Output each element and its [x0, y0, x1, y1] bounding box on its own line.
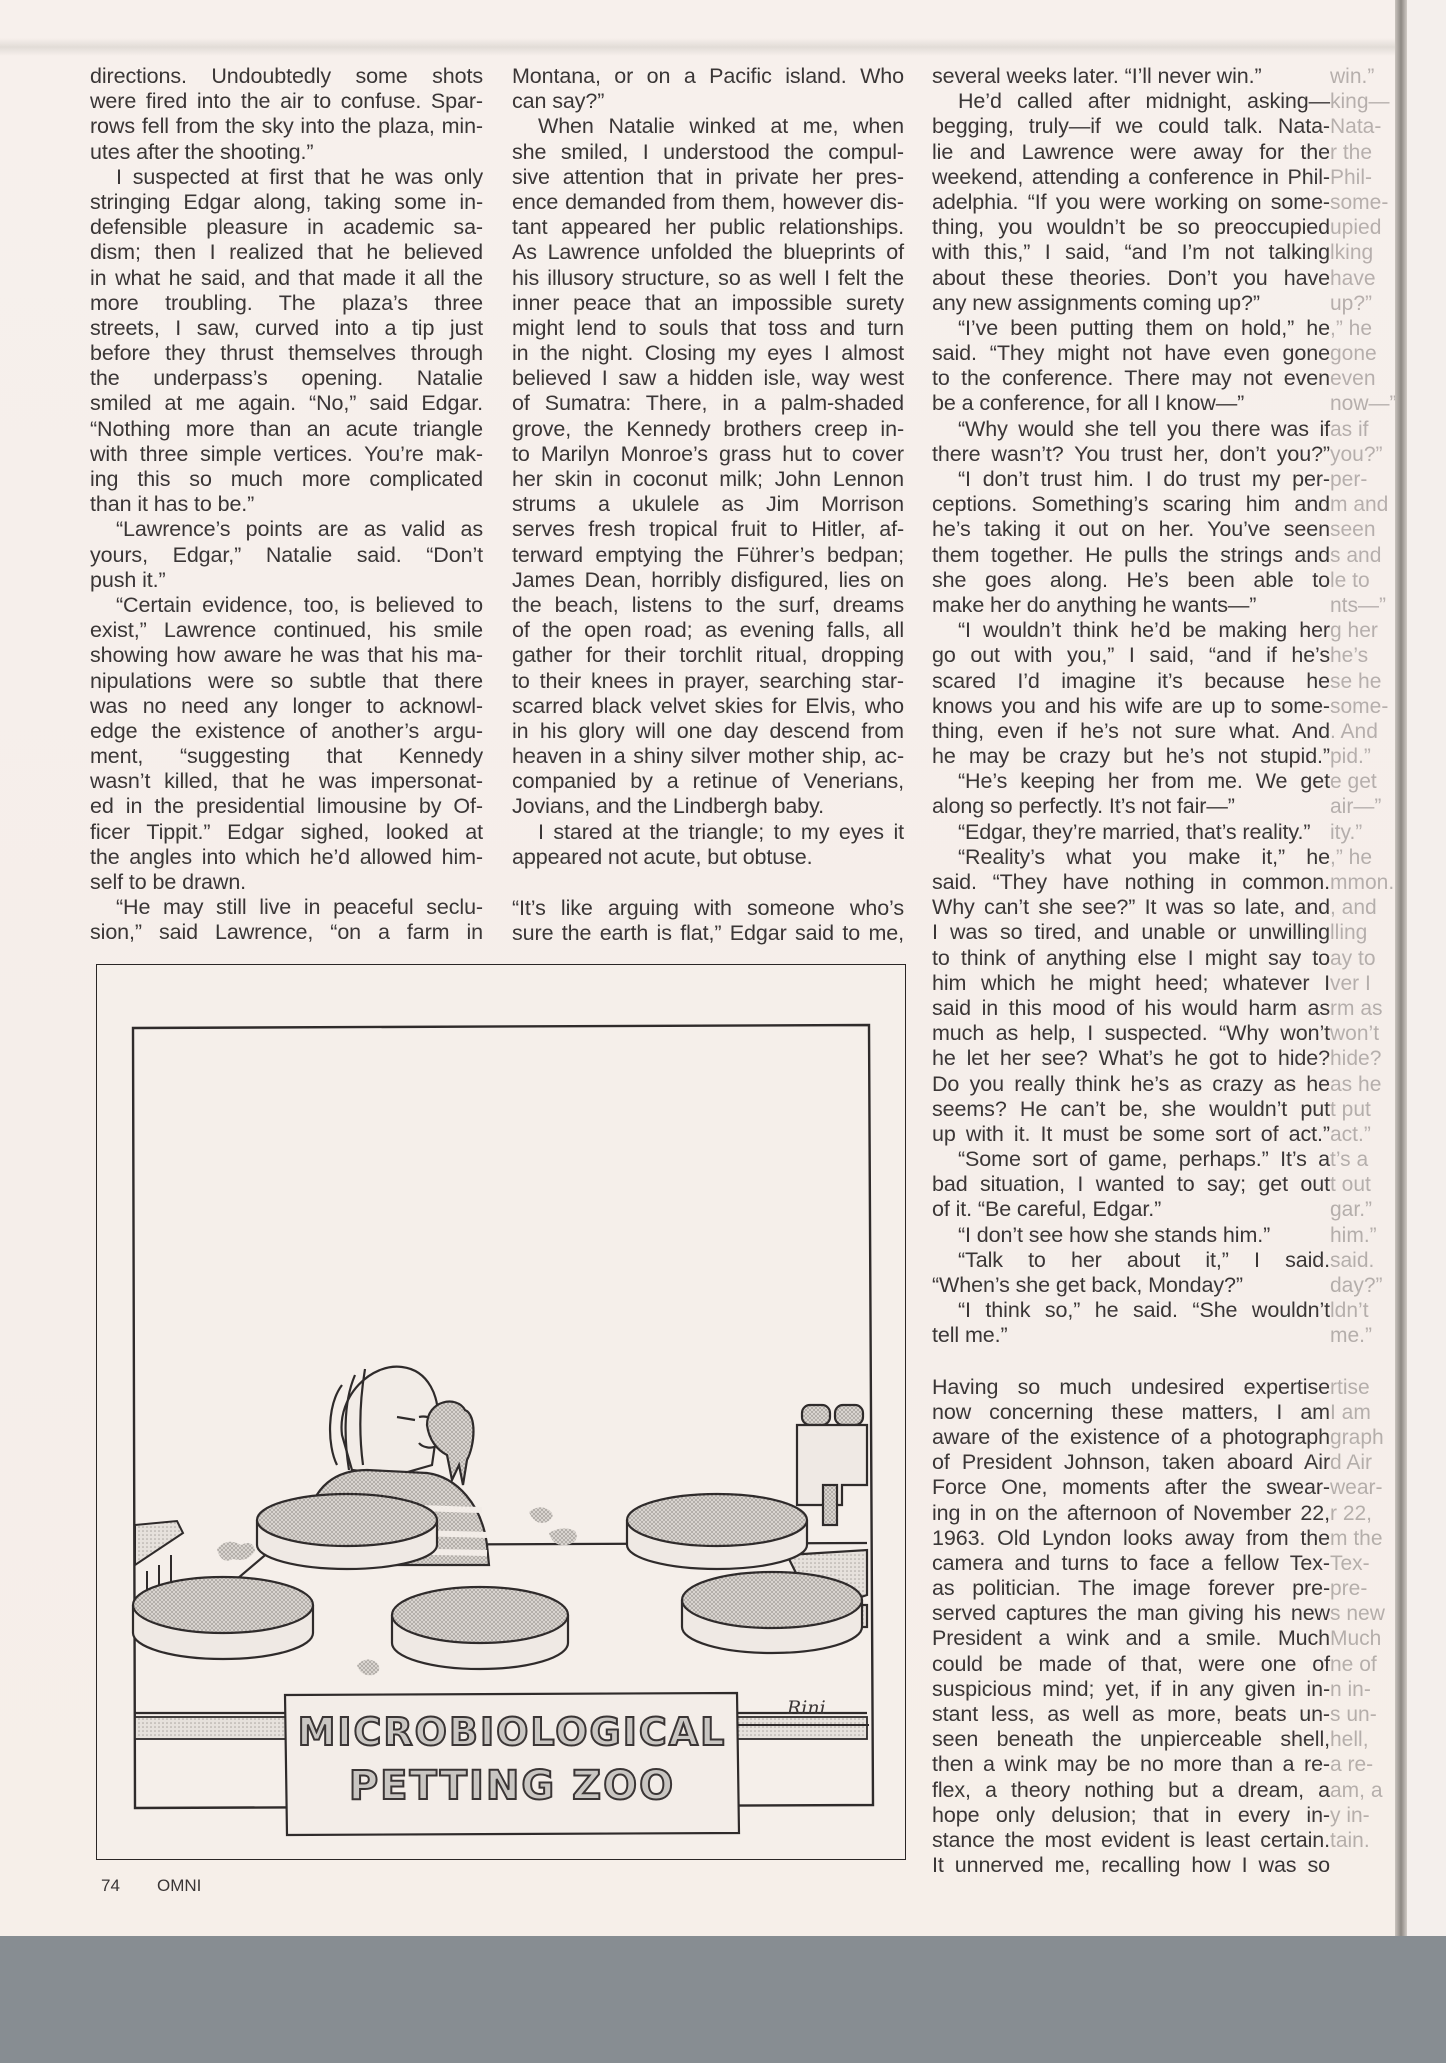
text-line: he may be crazy but he’s not stupid.” — [932, 744, 1330, 769]
text-line: said. “They have nothing in common. — [932, 870, 1330, 895]
page-number: 74 — [101, 1876, 120, 1896]
text-line: President a wink and a smile. Much — [932, 1626, 1330, 1651]
text-line: to think of anything else I might say to — [932, 946, 1330, 971]
text-line: she goes along. He’s been able to — [932, 568, 1330, 593]
text-line: serves fresh tropical fruit to Hitler, a… — [512, 517, 904, 542]
text-line: said in this mood of his would harm as — [932, 996, 1330, 1021]
text-line: make her do anything he wants—” — [932, 593, 1330, 618]
text-column-2: Montana, or on a Pacific island. Whocan … — [512, 64, 904, 946]
text-line: believed I saw a hidden isle, way west — [512, 366, 904, 391]
text-line: nipulations were so subtle that there — [90, 669, 483, 694]
text-line: stringing Edgar along, taking some in- — [90, 190, 483, 215]
text-line: of President Johnson, taken aboard Air — [932, 1450, 1330, 1475]
text-line: wasn’t killed, that he was impersonat- — [90, 769, 483, 794]
text-line: him which he might heed; whatever I — [932, 971, 1330, 996]
text-line: “Nothing more than an acute triangle — [90, 417, 483, 442]
text-line: up with it. It must be some sort of act.… — [932, 1122, 1330, 1147]
text-line: to their knees in prayer, searching star… — [512, 669, 904, 694]
text-line: “Certain evidence, too, is believed to — [90, 593, 483, 618]
text-line: I was so tired, and unable or unwilling — [932, 920, 1330, 945]
text-line: “When’s she get back, Monday?” — [932, 1273, 1330, 1298]
paragraph-gap — [512, 870, 904, 896]
text-line: can say?” — [512, 89, 904, 114]
text-line: ing in on the afternoon of November 22, — [932, 1501, 1330, 1526]
text-line: stant less, as well as more, beats un- — [932, 1702, 1330, 1727]
text-line: “I don’t trust him. I do trust my per- — [932, 467, 1330, 492]
text-line: tell me.” — [932, 1323, 1330, 1348]
text-line: lie and Lawrence were away for the — [932, 140, 1330, 165]
text-line: directions. Undoubtedly some shots — [90, 64, 483, 89]
text-line: “I think so,” he said. “She wouldn’t — [932, 1298, 1330, 1323]
text-line: might lend to souls that toss and turn — [512, 316, 904, 341]
text-line: as politician. The image forever pre- — [932, 1576, 1330, 1601]
text-line: his illusory structure, so as well I fel… — [512, 266, 904, 291]
text-line: served captures the man giving his new — [932, 1601, 1330, 1626]
text-line: “He may still live in peaceful seclu- — [90, 895, 483, 920]
text-line: streets, I saw, curved into a tip just — [90, 316, 483, 341]
text-line: heaven in a shiny silver mother ship, ac… — [512, 744, 904, 769]
text-line: self to be drawn. — [90, 870, 483, 895]
text-line: the underpass’s opening. Natalie — [90, 366, 483, 391]
text-line: James Dean, horribly disfigured, lies on — [512, 568, 904, 593]
text-line: then a wink may be no more than a re- — [932, 1752, 1330, 1777]
facing-page-edge — [1407, 0, 1446, 1936]
cartoon-illustration: MICROBIOLOGICAL PETTING ZOO Rini — [96, 964, 906, 1860]
text-line: I suspected at first that he was only — [90, 165, 483, 190]
text-column-1: directions. Undoubtedly some shotswere f… — [90, 64, 483, 946]
text-line: about these theories. Don’t you have — [932, 266, 1330, 291]
text-column-3: several weeks later. “I’ll never win.”He… — [932, 64, 1330, 1878]
text-line: than it has to be.” — [90, 492, 483, 517]
text-line: smiled at me again. “No,” said Edgar. — [90, 391, 483, 416]
text-line: When Natalie winked at me, when — [512, 114, 904, 139]
text-line: she smiled, I understood the compul- — [512, 140, 904, 165]
text-line: more troubling. The plaza’s three — [90, 291, 483, 316]
text-line: rows fell from the sky into the plaza, m… — [90, 114, 483, 139]
text-line: in what he said, and that made it all th… — [90, 266, 483, 291]
text-line: flex, a theory nothing but a dream, a — [932, 1778, 1330, 1803]
text-line: push it.” — [90, 568, 483, 593]
facing-page-bleed-text: win.”king—Nata-r thePhil-some-upiedlking… — [1330, 64, 1396, 1854]
text-line: “It’s like arguing with someone who’s — [512, 896, 904, 921]
text-line: aware of the existence of a photograph — [932, 1425, 1330, 1450]
text-line: showing how aware he was that his ma- — [90, 643, 483, 668]
text-line: As Lawrence unfolded the blueprints of — [512, 240, 904, 265]
text-line: much as help, I suspected. “Why won’t — [932, 1021, 1330, 1046]
paragraph-gap — [932, 1349, 1330, 1375]
text-line: along so perfectly. It’s not fair—” — [932, 794, 1330, 819]
text-line: bad situation, I wanted to say; get out — [932, 1172, 1330, 1197]
text-line: “I wouldn’t think he’d be making her — [932, 618, 1330, 643]
scan-shadow-band — [0, 38, 1400, 56]
text-line: exist,” Lawrence continued, his smile — [90, 618, 483, 643]
artist-signature: Rini — [787, 1697, 826, 1719]
text-line: thing, you wouldn’t be so preoccupied — [932, 215, 1330, 240]
text-line: with three simple vertices. You’re mak- — [90, 442, 483, 467]
text-line: utes after the shooting.” — [90, 140, 483, 165]
text-line: Force One, moments after the swear- — [932, 1475, 1330, 1500]
page-fold-shadow — [1395, 0, 1407, 1936]
text-line: appeared not acute, but obtuse. — [512, 845, 904, 870]
magazine-page: directions. Undoubtedly some shotswere f… — [0, 0, 1400, 1936]
text-line: before they thrust themselves through — [90, 341, 483, 366]
text-line: scarred black velvet skies for Elvis, wh… — [512, 694, 904, 719]
text-line: go out with you,” I said, “and if he’s — [932, 643, 1330, 668]
text-line: seen beneath the unpierceable shell, — [932, 1727, 1330, 1752]
text-line: sion,” said Lawrence, “on a farm in — [90, 920, 483, 945]
text-line: to Marilyn Monroe’s grass hut to cover — [512, 442, 904, 467]
text-line: inner peace that an impossible surety — [512, 291, 904, 316]
sign-title-line-2: PETTING ZOO — [287, 1763, 737, 1809]
text-line: them together. He pulls the strings and — [932, 543, 1330, 568]
text-line: stance the most evident is least certain… — [932, 1828, 1330, 1853]
text-line: suspicious mind; yet, if in any given in… — [932, 1677, 1330, 1702]
text-line: he’s taking it out on her. You’ve seen — [932, 517, 1330, 542]
text-line: were fired into the air to confuse. Spar… — [90, 89, 483, 114]
text-line: of the open road; as evening falls, all — [512, 618, 904, 643]
text-line: of it. “Be careful, Edgar.” — [932, 1197, 1330, 1222]
text-line: ence demanded from them, however dis- — [512, 190, 904, 215]
text-line: the beach, listens to the surf, dreams — [512, 593, 904, 618]
text-line: ment, “suggesting that Kennedy — [90, 744, 483, 769]
text-line: ed in the presidential limousine by Of- — [90, 794, 483, 819]
text-line: her skin in coconut milk; John Lennon — [512, 467, 904, 492]
text-line: defensible pleasure in academic sa- — [90, 215, 483, 240]
text-line: strums a ukulele as Jim Morrison — [512, 492, 904, 517]
text-line: ing this so much more complicated — [90, 467, 483, 492]
text-line: “Lawrence’s points are as valid as — [90, 517, 483, 542]
text-line: weekend, attending a conference in Phil- — [932, 165, 1330, 190]
text-line: 1963. Old Lyndon looks away from the — [932, 1526, 1330, 1551]
text-line: Montana, or on a Pacific island. Who — [512, 64, 904, 89]
text-line: in the night. Closing my eyes I almost — [512, 341, 904, 366]
text-line: could be made of that, were one of — [932, 1652, 1330, 1677]
text-line: thing, even if he’s not sure what. And — [932, 719, 1330, 744]
text-line: Having so much undesired expertise — [932, 1375, 1330, 1400]
text-line: He’d called after midnight, asking— — [932, 89, 1330, 114]
text-line: “I’ve been putting them on hold,” he — [932, 316, 1330, 341]
text-line: edge the existence of another’s argu- — [90, 719, 483, 744]
text-line: the angles into which he’d allowed him- — [90, 845, 483, 870]
text-line: grove, the Kennedy brothers creep in- — [512, 417, 904, 442]
text-line: he let her see? What’s he got to hide? — [932, 1046, 1330, 1071]
text-line: companied by a retinue of Venerians, — [512, 769, 904, 794]
text-line: said. “They might not have even gone — [932, 341, 1330, 366]
petri-dishes — [133, 1494, 862, 1669]
text-line: sure the earth is flat,” Edgar said to m… — [512, 921, 904, 946]
text-line: yours, Edgar,” Natalie said. “Don’t — [90, 543, 483, 568]
text-line: with this,” I said, “and I’m not talking — [932, 240, 1330, 265]
text-line: seems? He can’t be, she wouldn’t put — [932, 1097, 1330, 1122]
text-line: “Some sort of game, perhaps.” It’s a — [932, 1147, 1330, 1172]
text-line: in his glory will one day descend from — [512, 719, 904, 744]
text-line: adelphia. “If you were working on some- — [932, 190, 1330, 215]
text-line: “Why would she tell you there was if — [932, 417, 1330, 442]
text-line: begging, truly—if we could talk. Nata- — [932, 114, 1330, 139]
text-line: Do you really think he’s as crazy as he — [932, 1072, 1330, 1097]
text-line: knows you and his wife are up to some- — [932, 694, 1330, 719]
text-line: ceptions. Something’s scaring him and — [932, 492, 1330, 517]
text-line: be a conference, for all I know—” — [932, 391, 1330, 416]
text-line: Why can’t she see?” It was so late, and — [932, 895, 1330, 920]
text-line: to the conference. There may not even — [932, 366, 1330, 391]
sign-title-line-1: MICROBIOLOGICAL — [287, 1710, 737, 1754]
magazine-name: OMNI — [157, 1876, 201, 1896]
scanner-background-band — [0, 1936, 1446, 2063]
text-line: terward emptying the Führer’s bedpan; — [512, 543, 904, 568]
text-line: dism; then I realized that he believed — [90, 240, 483, 265]
text-line: now concerning these matters, I am — [932, 1400, 1330, 1425]
text-line: Jovians, and the Lindbergh baby. — [512, 794, 904, 819]
text-line: was no need any longer to acknowl- — [90, 694, 483, 719]
text-line: It unnerved me, recalling how I was so — [932, 1853, 1330, 1878]
text-line: “Edgar, they’re married, that’s reality.… — [932, 820, 1330, 845]
text-line: there wasn’t? You trust her, don’t you?” — [932, 442, 1330, 467]
text-line: “Talk to her about it,” I said. — [932, 1248, 1330, 1273]
text-line: “Reality’s what you make it,” he — [932, 845, 1330, 870]
text-line: “He’s keeping her from me. We get — [932, 769, 1330, 794]
text-line: gather for their torchlit ritual, droppi… — [512, 643, 904, 668]
text-line: hope only delusion; that in every in- — [932, 1803, 1330, 1828]
text-line: of Sumatra: There, in a palm-shaded — [512, 391, 904, 416]
text-line: tant appeared her public relationships. — [512, 215, 904, 240]
text-line: any new assignments coming up?” — [932, 291, 1330, 316]
text-line: I stared at the triangle; to my eyes it — [512, 820, 904, 845]
text-line: several weeks later. “I’ll never win.” — [932, 64, 1330, 89]
text-line: scared I’d imagine it’s because he — [932, 669, 1330, 694]
text-line: sive attention that in private her pres- — [512, 165, 904, 190]
text-line: “I don’t see how she stands him.” — [932, 1223, 1330, 1248]
text-line: camera and turns to face a fellow Tex- — [932, 1551, 1330, 1576]
text-line: ficer Tippit.” Edgar sighed, looked at — [90, 820, 483, 845]
